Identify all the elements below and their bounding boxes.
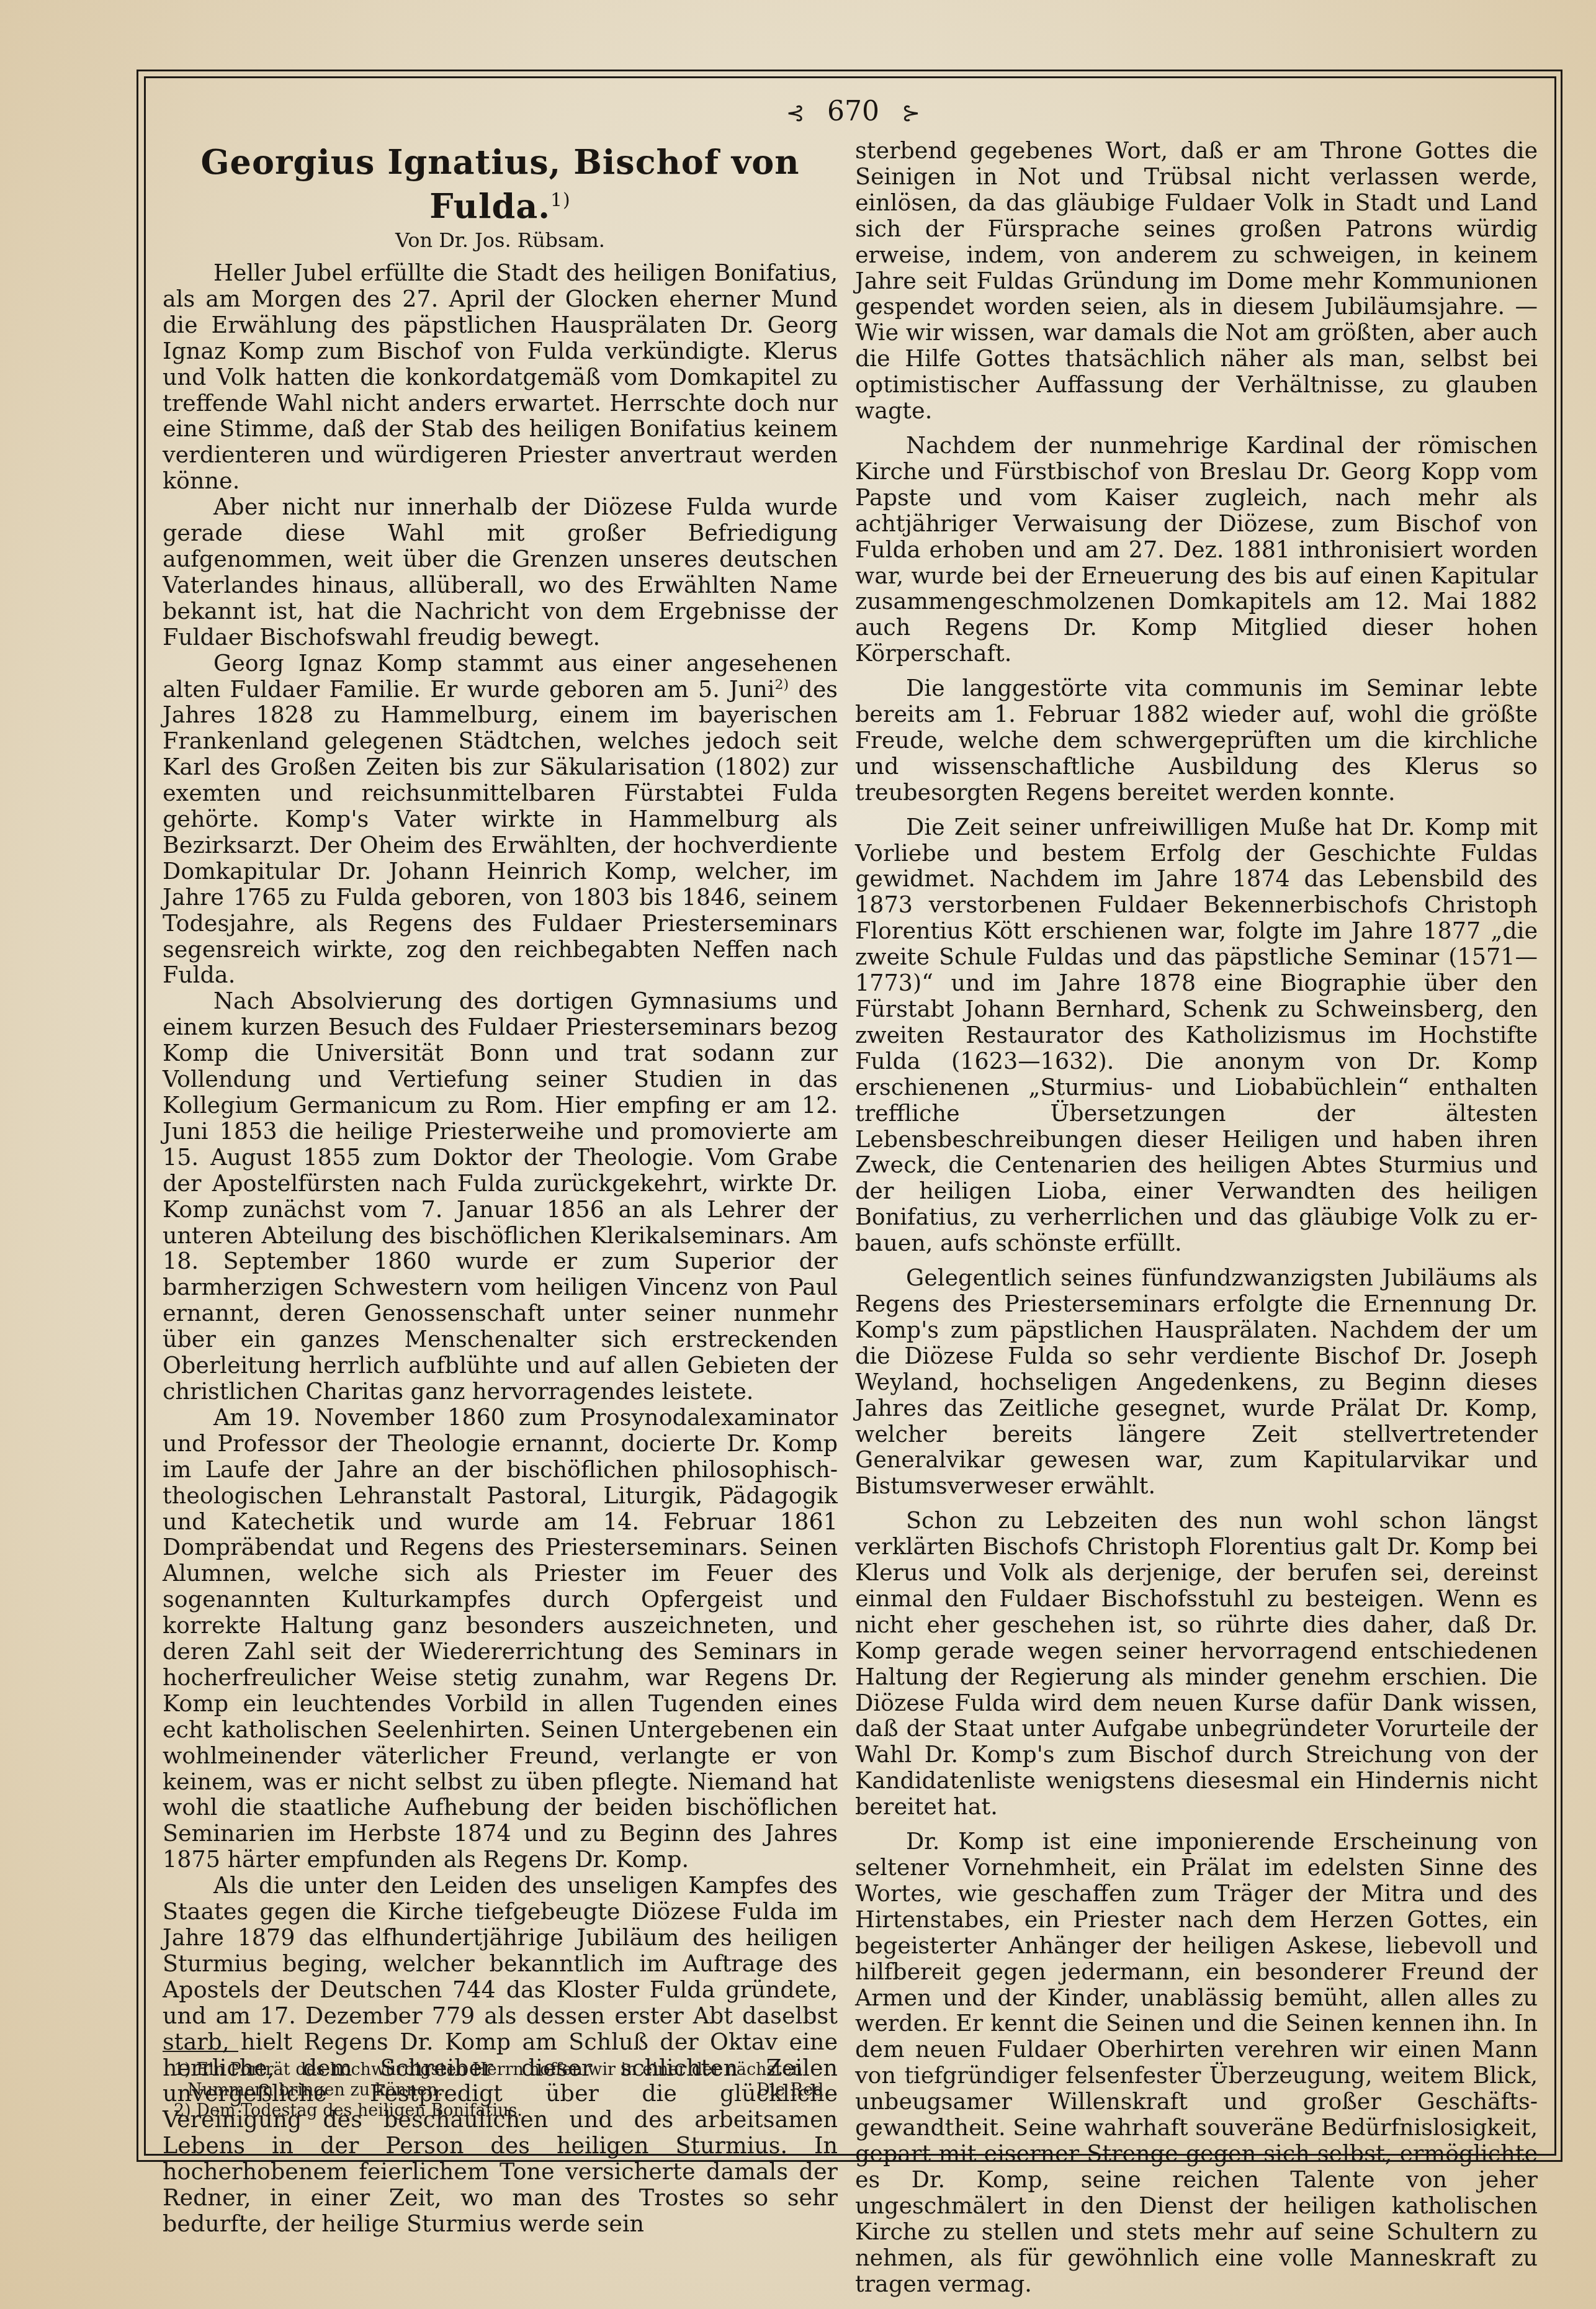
paragraph: Georg Ignaz Komp stammt aus einer angese… bbox=[163, 650, 838, 989]
footnote-mark: 1) bbox=[174, 2060, 191, 2079]
footnote-signature: Die Red. bbox=[770, 2080, 829, 2100]
paragraph: Als die unter den Leiden des unseligen K… bbox=[163, 1873, 838, 2237]
paragraph: Schon zu Lebzeiten des nun wohl schon lä… bbox=[855, 1508, 1538, 1820]
page-header: ⊰ 670 ⊱ bbox=[745, 93, 962, 132]
paragraph: sterbend gegebenes Wort, daß er am Thron… bbox=[855, 138, 1538, 424]
title-text: Georgius Ignatius, Bischof von Fulda. bbox=[200, 142, 799, 226]
paragraph-text: des Jahres 1828 zu Hammelburg, einem im … bbox=[163, 676, 838, 989]
ornament-right-icon: ⊱ bbox=[902, 101, 920, 126]
paragraph: Die Zeit seiner unfreiwilligen Muße hat … bbox=[855, 814, 1538, 1256]
left-column: Georgius Ignatius, Bischof von Fulda.1) … bbox=[163, 130, 838, 2237]
paragraph: Aber nicht nur innerhalb der Diözese Ful… bbox=[163, 494, 838, 650]
article-title: Georgius Ignatius, Bischof von Fulda.1) bbox=[163, 143, 838, 225]
paragraph: Am 19. November 1860 zum Prosynodalexami… bbox=[163, 1405, 838, 1873]
right-column: sterbend gegebenes Wort, daß er am Thron… bbox=[855, 138, 1538, 2297]
paragraph: Dr. Komp ist eine imponierende Erscheinu… bbox=[855, 1829, 1538, 2297]
paragraph: Gelegentlich seines fünfundzwanzigsten J… bbox=[855, 1265, 1538, 1499]
ornament-left-icon: ⊰ bbox=[786, 101, 805, 126]
footnote-text: Dem Todestag des heiligen Bonifatius. bbox=[196, 2101, 522, 2120]
footnote-mark: 2) bbox=[174, 2101, 191, 2120]
article-byline: Von Dr. Jos. Rübsam. bbox=[163, 228, 838, 253]
title-footnote-mark[interactable]: 1) bbox=[550, 189, 571, 211]
page-number: 670 bbox=[827, 96, 879, 127]
footnote-divider bbox=[163, 2051, 238, 2052]
footnote-mark[interactable]: 2) bbox=[774, 677, 789, 692]
footnote-text: Ein Porträt des hochwürdigsten Herrn hof… bbox=[187, 2060, 803, 2100]
paragraph-text: Georg Ignaz Komp stammt aus einer angese… bbox=[163, 650, 838, 703]
footnote-2: 2) Dem Todestag des heiligen Bonifatius. bbox=[174, 2100, 838, 2121]
paragraph: Nach Absolvierung des dortigen Gymnasium… bbox=[163, 988, 838, 1405]
footnote-1: 1) Ein Porträt des hochwürdigsten Herrn … bbox=[174, 2059, 838, 2100]
paragraph: Heller Jubel erfüllte die Stadt des heil… bbox=[163, 260, 838, 494]
paragraph: Nachdem der nunmehrige Kardinal der römi… bbox=[855, 433, 1538, 667]
footnotes: 1) Ein Porträt des hochwürdigsten Herrn … bbox=[174, 2059, 838, 2121]
paragraph: Die langgestörte vita communis im Semina… bbox=[855, 675, 1538, 806]
